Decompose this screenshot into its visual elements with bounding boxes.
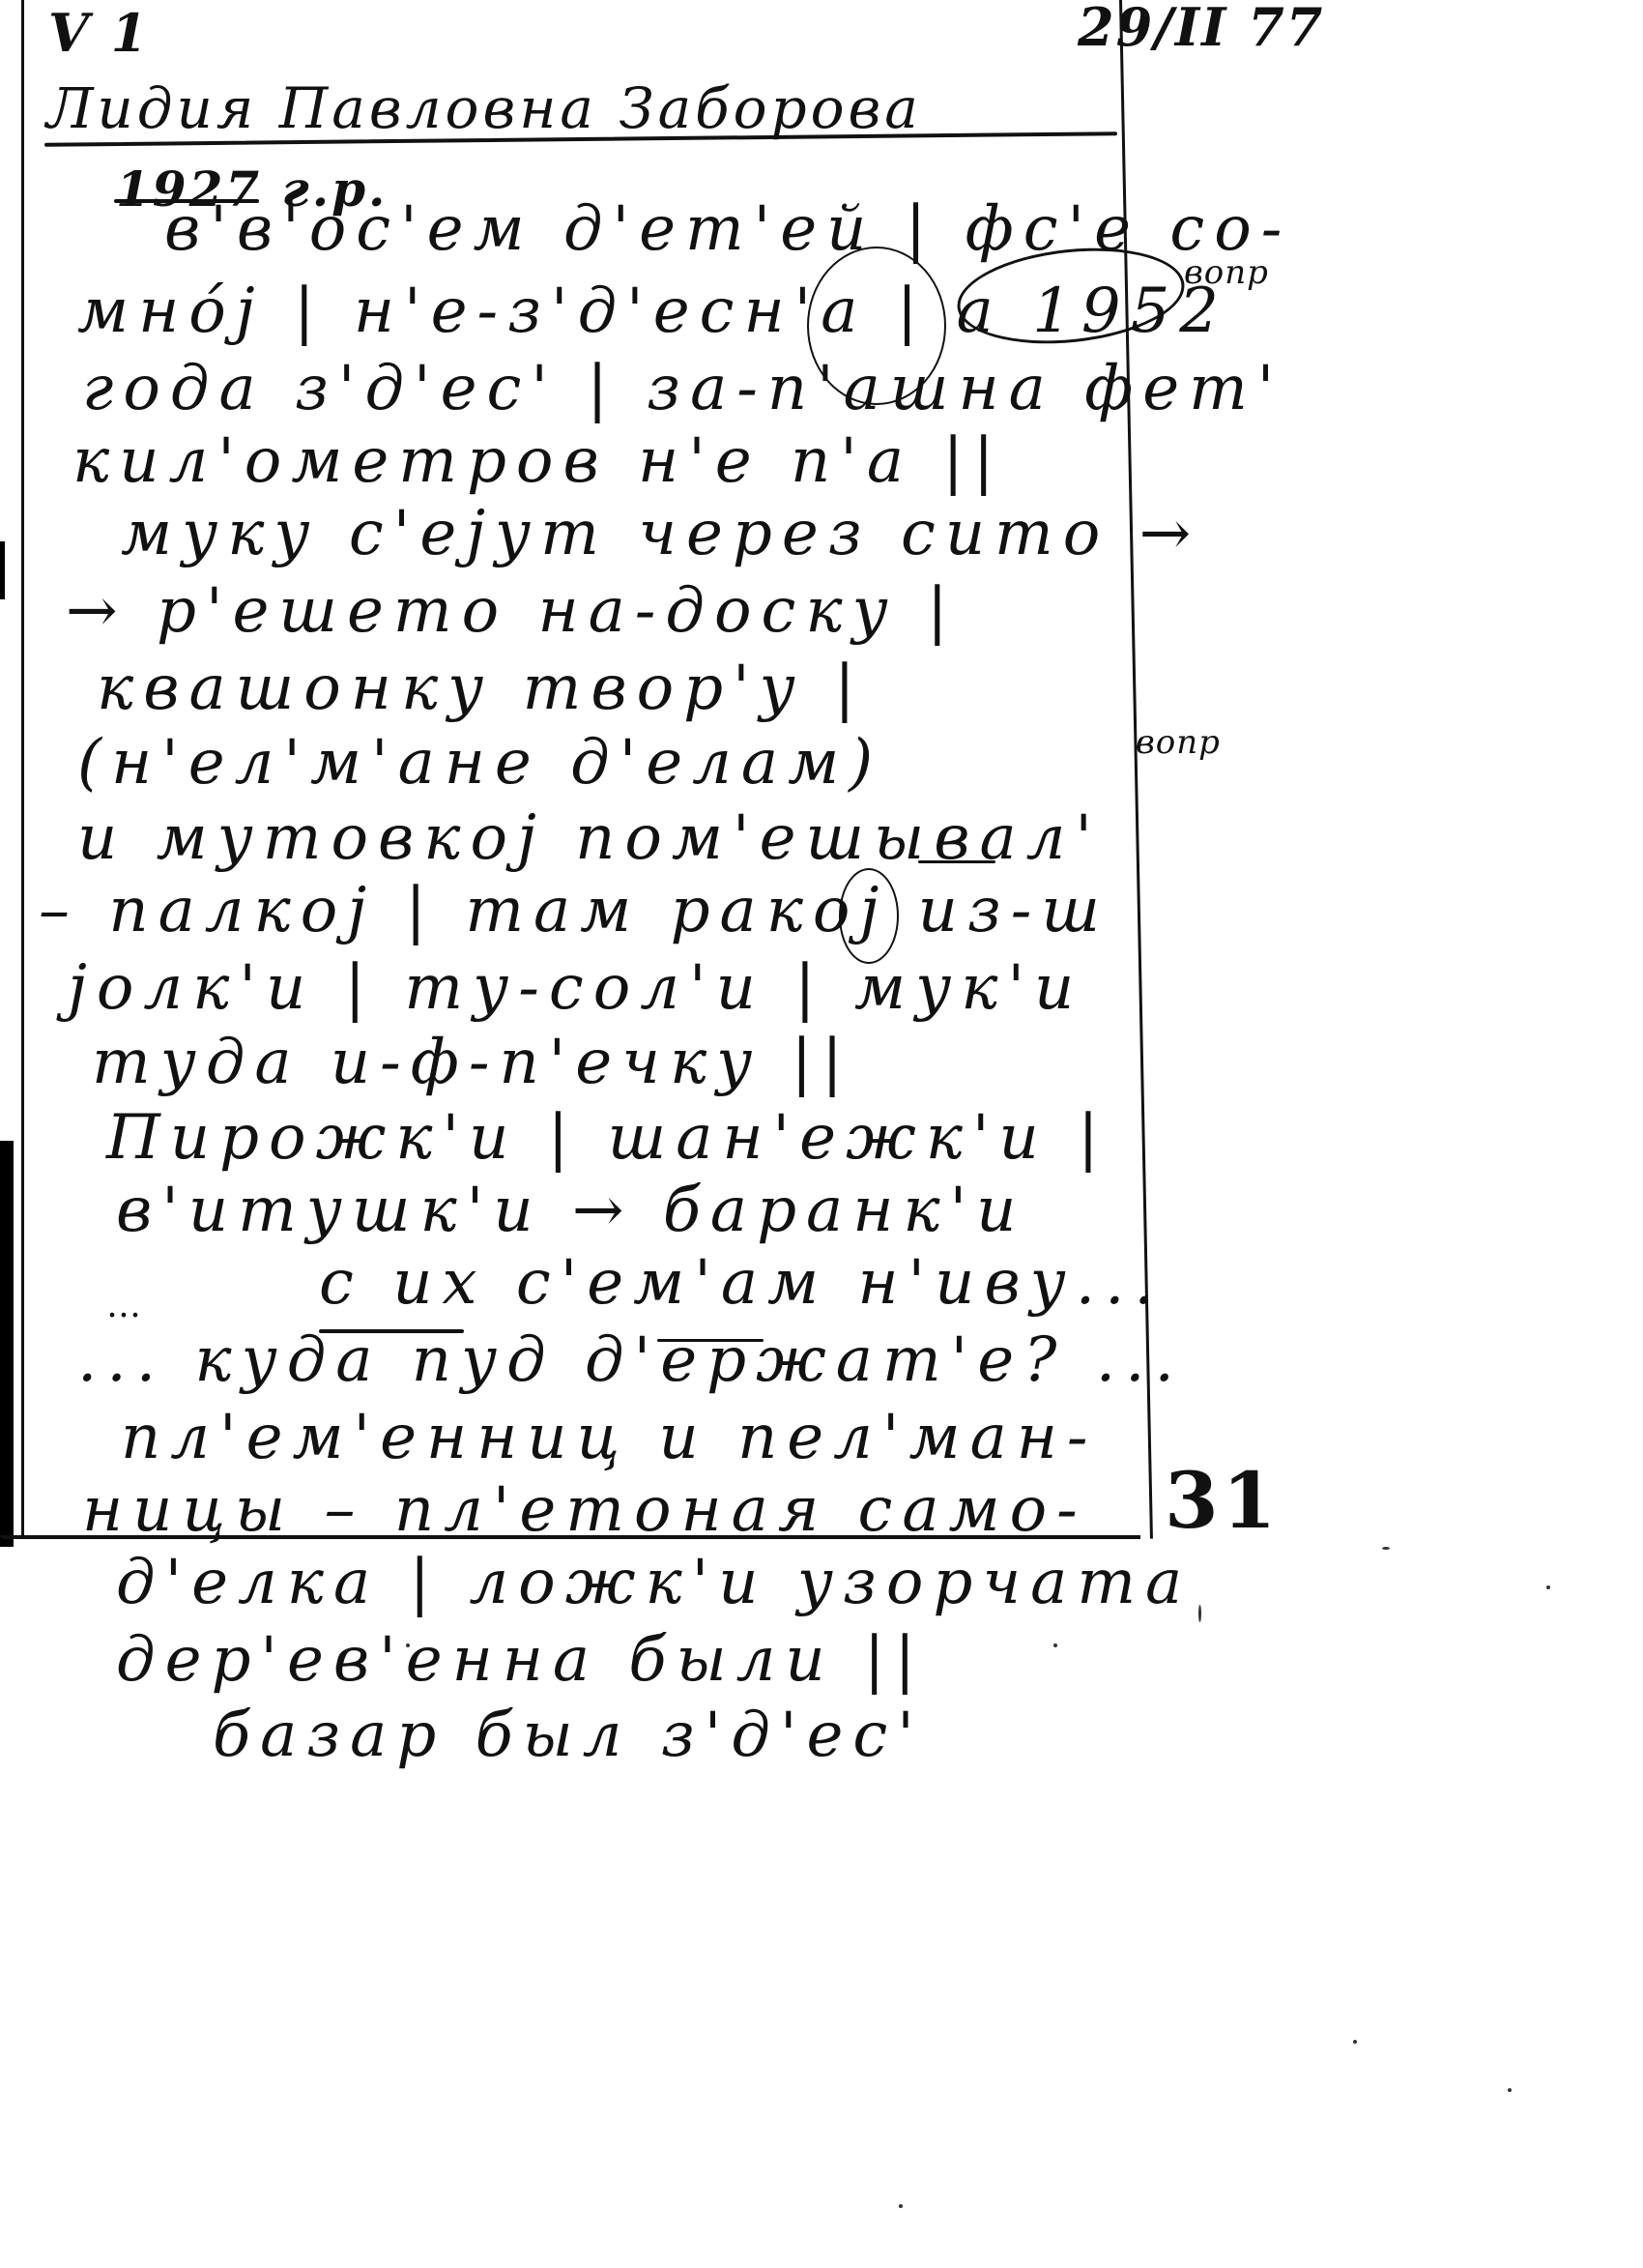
scan-speck xyxy=(406,1643,410,1647)
scan-speck xyxy=(1053,1643,1057,1647)
corner-label: V 1 xyxy=(48,2,149,64)
text-line-4: кил'ометров н'е п'а || xyxy=(72,425,1003,497)
text-line-6: → р'ешето на-доску | xyxy=(66,575,958,647)
text-line-14: в'итушк'и → баранк'и xyxy=(116,1175,1025,1246)
text-line-3: годa з'д'ес' | за-п'ашна фет' xyxy=(82,353,1283,424)
scanned-page: V 1 29/II 77 Лидия Павловна Заборова 192… xyxy=(0,0,1643,2268)
page-number: 31 xyxy=(1165,1455,1280,1546)
scan-speck xyxy=(1382,1547,1390,1550)
ellipsis-left: … xyxy=(106,1286,147,1325)
text-line-12: туда и-ф-п'ечку || xyxy=(92,1027,852,1098)
text-line-17: пл'ем'енниц и пел'ман- xyxy=(121,1402,1098,1473)
page-left-edge xyxy=(21,0,24,1537)
text-line-11: jолк'и | ту-сол'и | мук'и xyxy=(68,952,1083,1024)
text-line-10: – палкоj | там ракоj из-ш xyxy=(39,875,1110,946)
text-line-15: с их с'ем'ам н'иву... xyxy=(319,1247,1164,1319)
text-line-18: ницы – пл'етоная само- xyxy=(82,1474,1087,1546)
text-line-20: дер'ев'енна были || xyxy=(116,1624,925,1696)
text-line-19: д'елка | ложк'и узорчата xyxy=(116,1547,1192,1618)
informant-name: Лидия Павловна Заборова xyxy=(46,75,922,141)
text-line-16: ... куда пуд д'ержат'е? ... xyxy=(77,1324,1184,1396)
scan-speck xyxy=(899,2204,903,2208)
scan-speck xyxy=(1546,1585,1550,1589)
circle-mark-letter xyxy=(839,868,899,964)
scan-speck xyxy=(1508,2088,1512,2092)
scan-shadow-bar xyxy=(0,1141,14,1547)
text-line-5: муку с'еjут через ситo → xyxy=(121,498,1200,569)
text-line-21: базар был з'д'ес' xyxy=(213,1700,924,1771)
margin-note-2: вопр xyxy=(1136,723,1221,762)
scan-edge-mark xyxy=(0,541,5,599)
text-line-7: квашонку твор'у | xyxy=(97,653,865,724)
margin-note-1: вопр xyxy=(1184,253,1269,292)
scan-speck xyxy=(1353,2040,1357,2044)
date-label: 29/II 77 xyxy=(1078,0,1324,58)
scan-speck xyxy=(1198,1605,1201,1622)
text-line-8: (н'ел'м'ане д'елам) xyxy=(77,727,882,799)
text-line-13: Пирожк'и | шан'ежк'и | xyxy=(106,1102,1109,1174)
word-underline-1 xyxy=(918,860,995,863)
